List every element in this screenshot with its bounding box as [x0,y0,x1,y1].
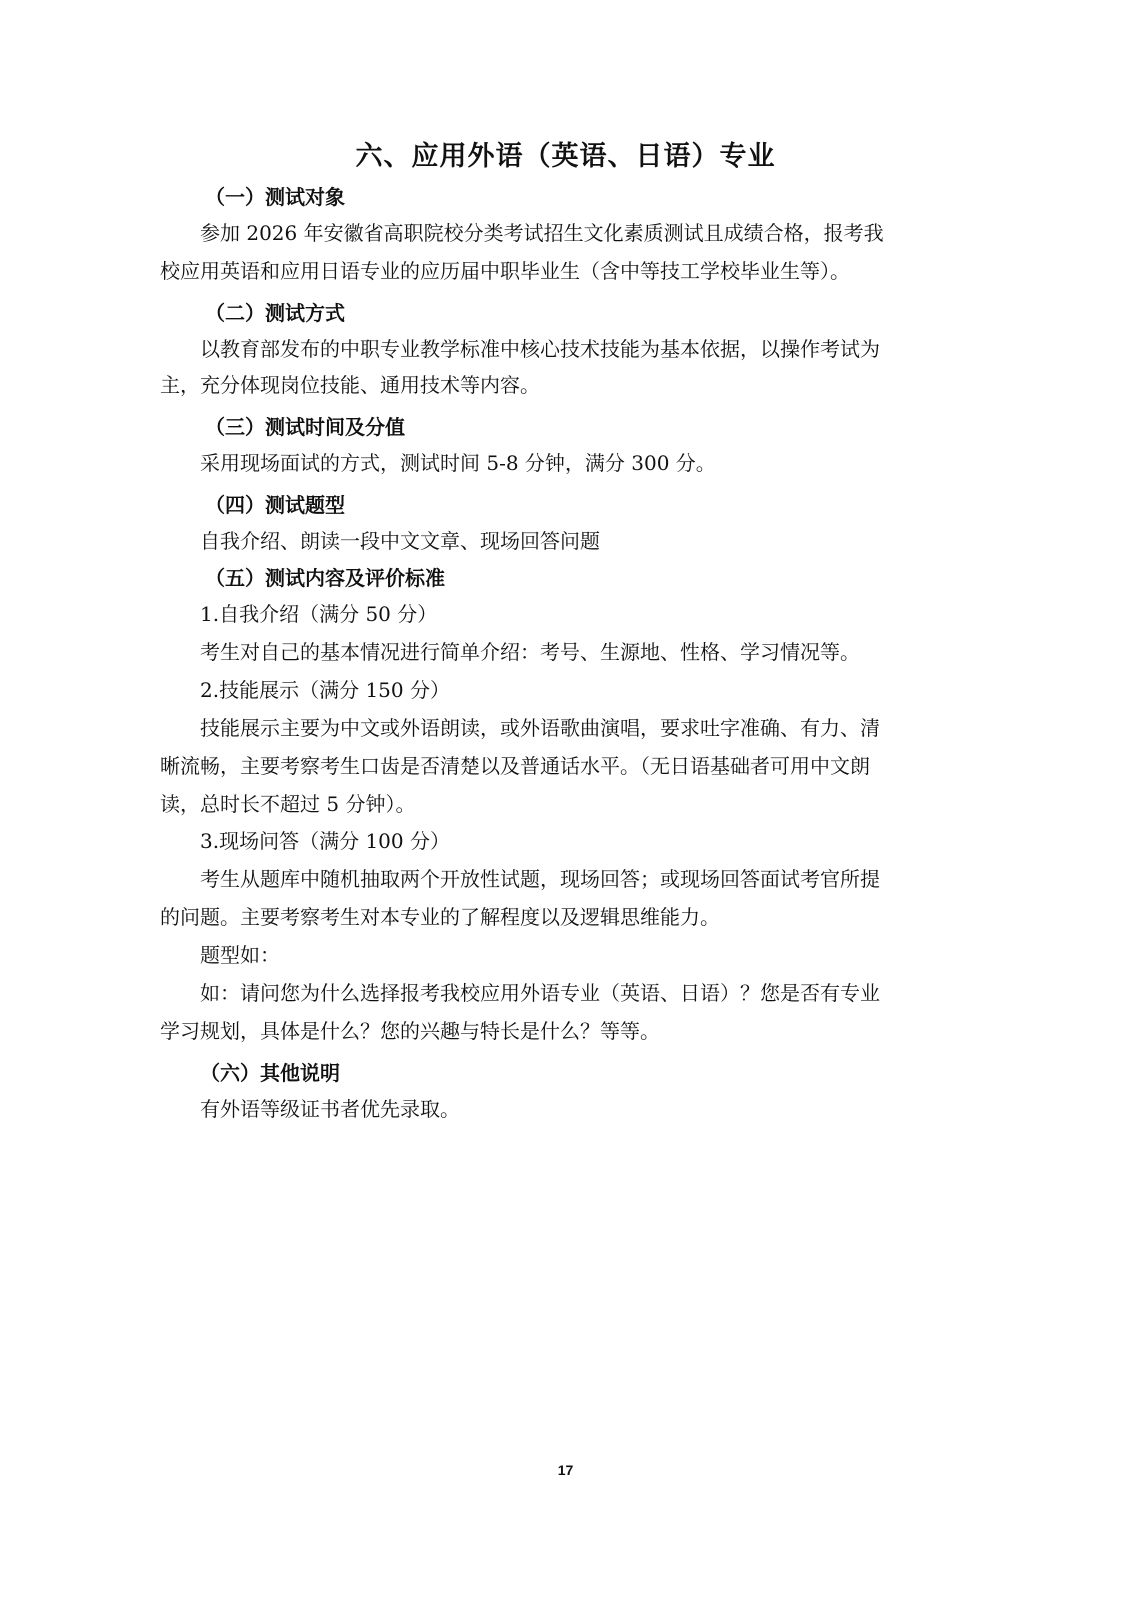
paragraph-line: 校应用英语和应用日语专业的应历届中职毕业生（含中等技工学校毕业生等）。 [160,256,850,286]
section-heading-5: （五）测试内容及评价标准 [205,563,445,593]
paragraph-line: 考生对自己的基本情况进行简单介绍：考号、生源地、性格、学习情况等。 [200,637,860,667]
paragraph-line: 有外语等级证书者优先录取。 [200,1094,460,1124]
paragraph-line: 学习规划，具体是什么？您的兴趣与特长是什么？等等。 [160,1016,660,1046]
paragraph-line: 主，充分体现岗位技能、通用技术等内容。 [160,370,540,400]
paragraph-line: 考生从题库中随机抽取两个开放性试题，现场回答；或现场回答面试考官所提 [200,864,880,894]
paragraph-line: 的问题。主要考察考生对本专业的了解程度以及逻辑思维能力。 [160,902,720,932]
list-item-heading: 2.技能展示（满分 150 分） [200,675,450,705]
list-item-heading: 1.自我介绍（满分 50 分） [200,599,437,629]
paragraph-line: 采用现场面试的方式，测试时间 5-8 分钟，满分 300 分。 [200,448,716,478]
section-heading-3: （三）测试时间及分值 [205,412,405,442]
paragraph-line: 晰流畅，主要考察考生口齿是否清楚以及普通话水平。（无日语基础者可用中文朗 [160,751,870,781]
paragraph-line: 技能展示主要为中文或外语朗读，或外语歌曲演唱，要求吐字准确、有力、清 [200,713,880,743]
document-page: 六、应用外语（英语、日语）专业 （一）测试对象 参加 2026 年安徽省高职院校… [0,0,1131,1600]
section-heading-4: （四）测试题型 [205,490,345,520]
list-item-heading: 3.现场问答（满分 100 分） [200,826,450,856]
page-title: 六、应用外语（英语、日语）专业 [0,134,1131,173]
paragraph-line: 以教育部发布的中职专业教学标准中核心技术技能为基本依据，以操作考试为 [200,334,880,364]
paragraph-line: 参加 2026 年安徽省高职院校分类考试招生文化素质测试且成绩合格，报考我 [200,218,884,248]
section-heading-1: （一）测试对象 [205,182,345,212]
paragraph-line: 读，总时长不超过 5 分钟）。 [160,789,415,819]
section-heading-2: （二）测试方式 [205,298,345,328]
page-number: 17 [0,1462,1131,1478]
paragraph-line: 如：请问您为什么选择报考我校应用外语专业（英语、日语）？您是否有专业 [200,978,880,1008]
section-heading-6: （六）其他说明 [200,1058,340,1088]
paragraph-line: 题型如： [200,940,280,970]
paragraph-line: 自我介绍、朗读一段中文文章、现场回答问题 [200,526,600,556]
